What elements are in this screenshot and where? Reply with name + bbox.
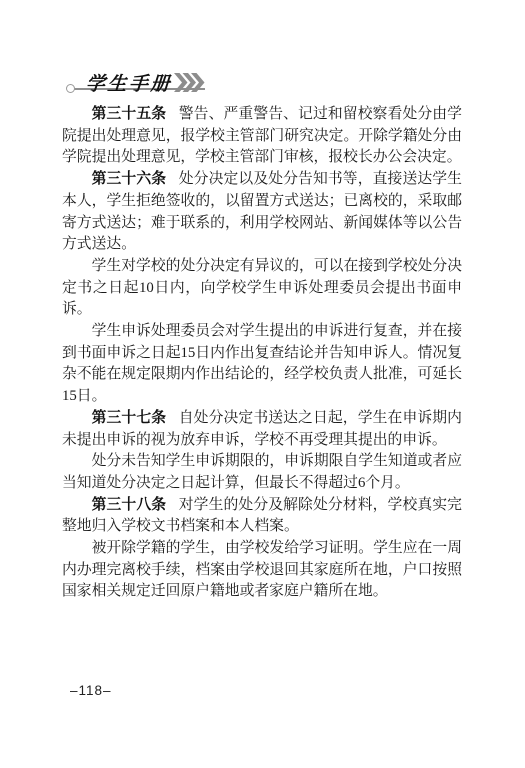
page-content: 第三十五条警告、严重警告、记过和留校察看处分由学院提出处理意见，报学校主管部门研… [62,104,462,603]
paragraph: 第三十八条对学生的处分及解除处分材料，学校真实完整地归入学校文书档案和本人档案。 [62,495,462,538]
paragraph: 被开除学籍的学生，由学校发给学习证明。学生应在一周内办理完离校手续，档案由学校退… [62,538,462,603]
article-number: 第三十五条 [92,106,167,122]
paragraph: 处分未告知学生申诉期限的，申诉期限自学生知道或者应当知道处分决定之日起计算，但最… [62,451,462,494]
triple-chevron-icon [174,73,205,92]
paragraph: 学生对学校的处分决定有异议的，可以在接到学校处分决定书之日起10日内，向学校学生… [62,256,462,321]
article-number: 第三十六条 [92,171,167,187]
paragraph: 第三十六条处分决定以及处分告知书等，直接送达学生本人，学生拒绝签收的，以留置方式… [62,169,462,256]
paragraph: 第三十七条自处分决定书送达之日起，学生在申诉期内未提出申诉的视为放弃申诉，学校不… [62,408,462,451]
handbook-page: 学生手册 第三十五条警告、严重警告、记过和留校察看处分由学院提出处理意见，报学校… [0,0,525,768]
article-text: 学生申诉处理委员会对学生提出的申诉进行复查，并在接到书面申诉之日起15日内作出复… [62,323,462,404]
paragraph: 第三十五条警告、严重警告、记过和留校察看处分由学院提出处理意见，报学校主管部门研… [62,104,462,169]
article-number: 第三十八条 [92,497,167,513]
article-text: 被开除学籍的学生，由学校发给学习证明。学生应在一周内办理完离校手续，档案由学校退… [62,540,462,599]
article-text: 学生对学校的处分决定有异议的，可以在接到学校处分决定书之日起10日内，向学校学生… [62,258,462,317]
paragraph: 学生申诉处理委员会对学生提出的申诉进行复查，并在接到书面申诉之日起15日内作出复… [62,321,462,408]
article-number: 第三十七条 [92,410,167,426]
article-text: 处分未告知学生申诉期限的，申诉期限自学生知道或者应当知道处分决定之日起计算，但最… [62,453,462,491]
page-number: –118– [70,683,112,698]
handbook-title: 学生手册 [85,69,173,96]
header-circle-decoration [66,84,75,93]
